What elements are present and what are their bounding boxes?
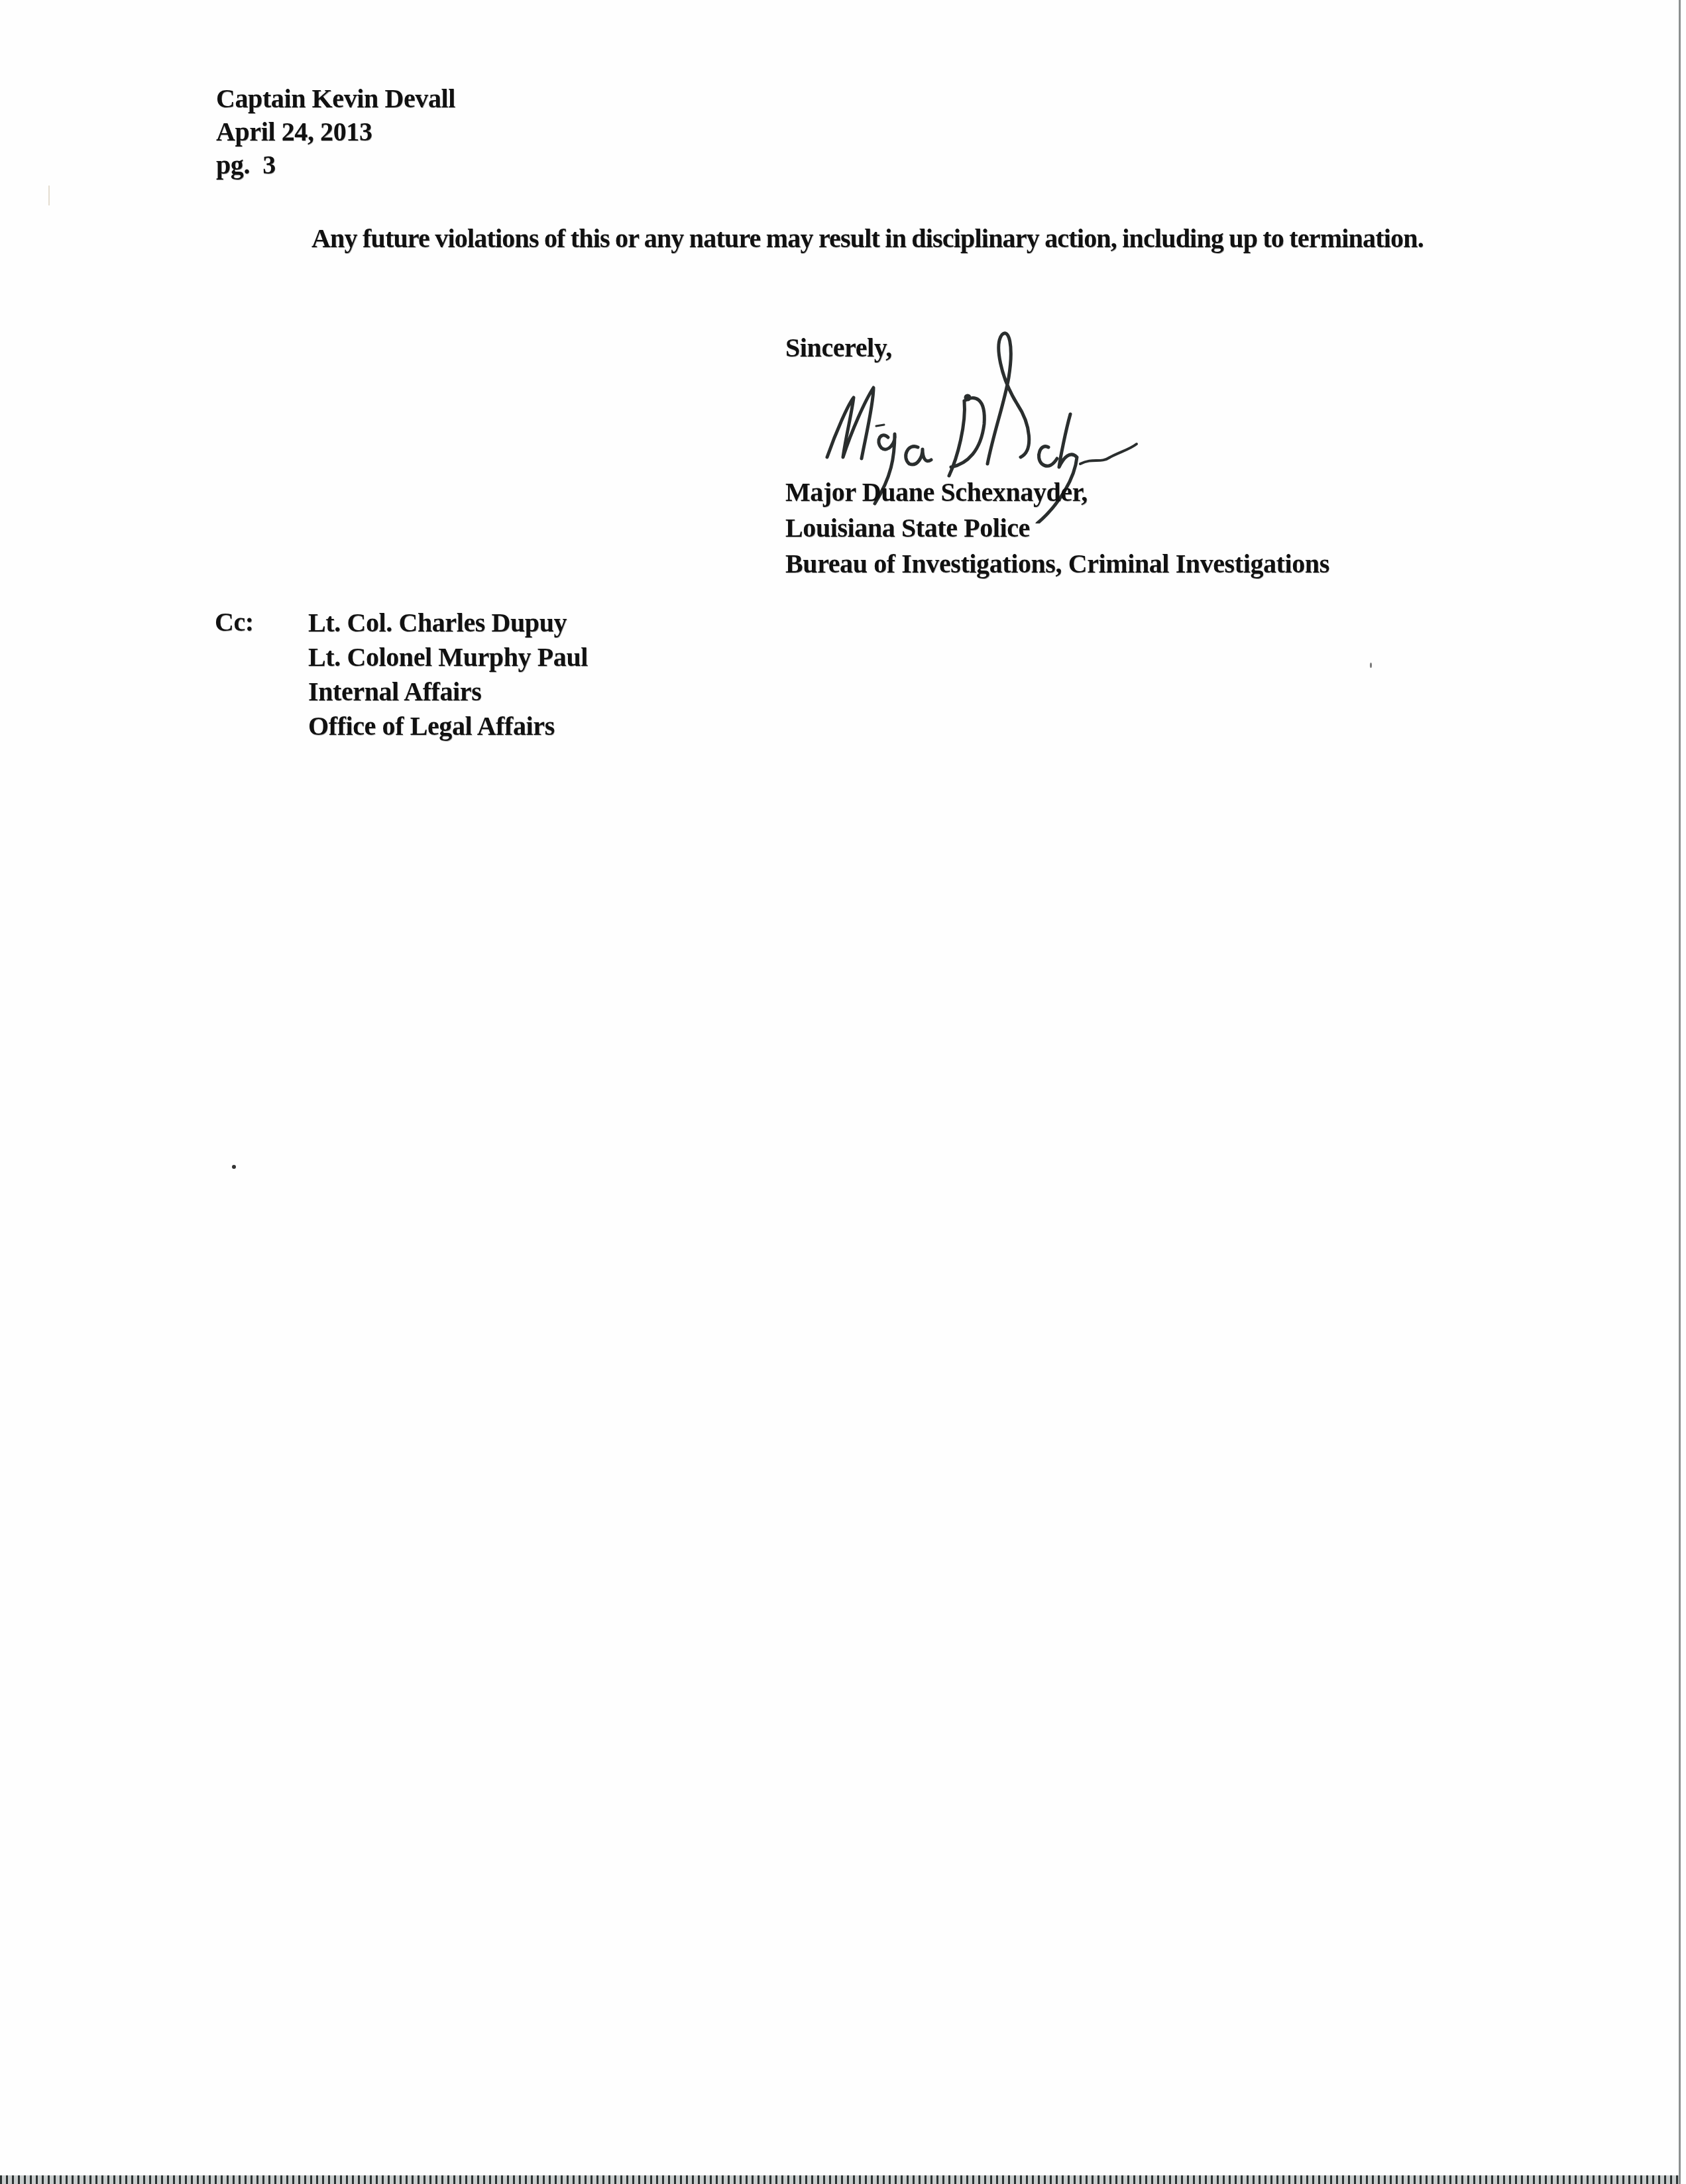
signatory-organization: Louisiana State Police xyxy=(785,510,1329,546)
cc-label: Cc: xyxy=(215,606,254,639)
signatory-block: Major Duane Schexnayder, Louisiana State… xyxy=(785,474,1329,582)
scan-bottom-strip xyxy=(0,2175,1679,2184)
cc-recipient: Lt. Col. Charles Dupuy xyxy=(308,606,588,640)
cc-recipient: Internal Affairs xyxy=(308,675,588,709)
scan-artifact xyxy=(48,186,50,205)
letter-header: Captain Kevin Devall April 24, 2013 pg. … xyxy=(216,82,455,182)
scan-speck xyxy=(1370,663,1372,668)
scan-speck xyxy=(232,1165,236,1169)
cc-recipient: Office of Legal Affairs xyxy=(308,709,588,743)
signatory-name: Major Duane Schexnayder, xyxy=(785,474,1329,510)
document-page: Captain Kevin Devall April 24, 2013 pg. … xyxy=(0,0,1686,2184)
signatory-department: Bureau of Investigations, Criminal Inves… xyxy=(785,546,1329,582)
cc-recipient-list: Lt. Col. Charles Dupuy Lt. Colonel Murph… xyxy=(308,606,588,743)
cc-recipient: Lt. Colonel Murphy Paul xyxy=(308,640,588,675)
body-paragraph: Any future violations of this or any nat… xyxy=(216,222,1449,255)
recipient-name: Captain Kevin Devall xyxy=(216,82,455,115)
letter-date: April 24, 2013 xyxy=(216,115,455,148)
scan-edge-line xyxy=(1679,0,1681,2184)
page-number: pg. 3 xyxy=(216,148,455,182)
